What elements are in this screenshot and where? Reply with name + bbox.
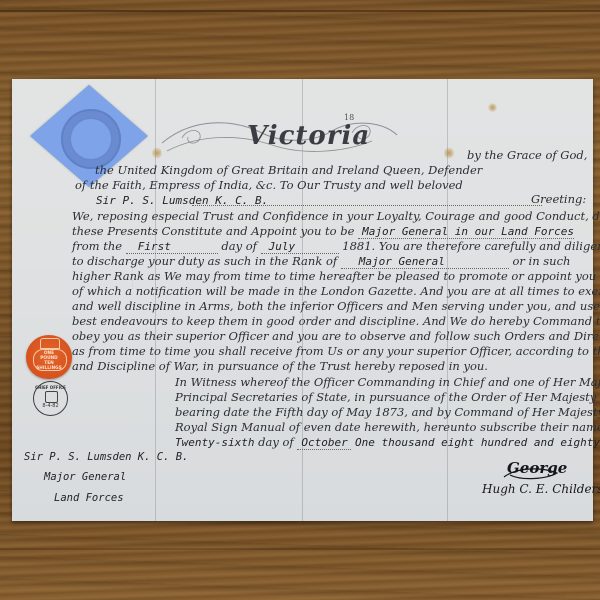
greeting: Greeting: [531, 192, 586, 206]
recipient-underline [192, 197, 542, 206]
body-line: obey you as their superior Officer and y… [72, 329, 600, 343]
foxing-stain [444, 147, 454, 159]
body-line: We, reposing especial Trust and Confiden… [72, 209, 600, 223]
royal-arms-emboss-icon [61, 109, 121, 169]
day-field: First [126, 240, 218, 254]
body-line: these Presents Constitute and Appoint yo… [72, 224, 574, 239]
seal-text-line: SHILLINGS [26, 366, 72, 371]
secretary-signature: Hugh C. E. Childers [482, 482, 600, 496]
crown-icon [45, 391, 58, 403]
witness-line: Royal Sign Manual of even date herewith,… [175, 420, 600, 434]
preamble-line: by the Grace of God, [467, 148, 587, 162]
margin-note-line: Major General [44, 471, 126, 483]
witness-line: Principal Secretaries of State, in pursu… [175, 390, 600, 404]
body-line: higher Rank as We may from time to time … [72, 269, 600, 283]
body-line: best endeavours to keep them in good ord… [72, 314, 600, 328]
body-text: from the [72, 239, 122, 253]
body-line: of which a notification will be made in … [72, 284, 600, 298]
body-text: these Presents Constitute and Appoint yo… [72, 224, 354, 238]
body-text: or in such [512, 254, 570, 268]
day-ordinal-field: Twenty-sixth [175, 436, 254, 449]
postmark-date: 8-4-82 [34, 403, 67, 409]
body-text: day of [221, 239, 257, 253]
revenue-duty-seal: ONE POUND TEN SHILLINGS [26, 335, 72, 379]
body-line: and well discipline in Arms, both the in… [72, 299, 600, 313]
seal-value-text: ONE POUND TEN SHILLINGS [26, 351, 72, 371]
appointment-field: Major General in our Land Forces [358, 225, 574, 239]
body-line: as from time to time you shall receive f… [72, 344, 600, 358]
date-month-field: October [297, 436, 351, 450]
date-line: Twenty-sixth day of October One thousand… [175, 435, 600, 450]
sovereign-name-heading: Victoria [247, 121, 370, 151]
margin-note-line: Sir P. S. Lumsden K. C. B. [24, 451, 188, 463]
margin-imprint: · · · · · · · · · [130, 267, 135, 289]
preamble-line: of the Faith, Empress of India, &c. To O… [75, 178, 463, 192]
commission-document: 18 Victoria by the Grace of God, the Uni… [12, 79, 593, 521]
witness-line: bearing date the Fifth day of May 1873, … [175, 405, 600, 419]
body-line: to discharge your duty as such in the Ra… [72, 254, 570, 269]
foxing-stain [488, 103, 497, 112]
body-line: and Discipline of War, in pursuance of t… [72, 359, 488, 373]
date-text: day of [258, 435, 294, 449]
body-line: from the First day of July 1881. You are… [72, 239, 600, 254]
chief-office-postmark: CHIEF OFFICE 8-4-82 [33, 381, 68, 416]
preamble-line: the United Kingdom of Great Britain and … [95, 163, 482, 177]
body-text: to discharge your duty as such in the Ra… [72, 254, 337, 268]
body-text: 1881. You are therefore carefully and di… [342, 239, 600, 253]
table-plank-seam [0, 548, 600, 550]
witness-line: In Witness whereof the Officer Commandin… [175, 375, 600, 389]
year-text: One thousand eight hundred and eighty On… [355, 436, 600, 449]
month-field: July [261, 240, 339, 254]
rank-field: Major General [341, 255, 509, 269]
postmark-text: CHIEF OFFICE [34, 385, 67, 390]
margin-note-line: Land Forces [54, 492, 124, 504]
crown-icon [40, 338, 60, 349]
table-plank-seam [0, 10, 600, 12]
